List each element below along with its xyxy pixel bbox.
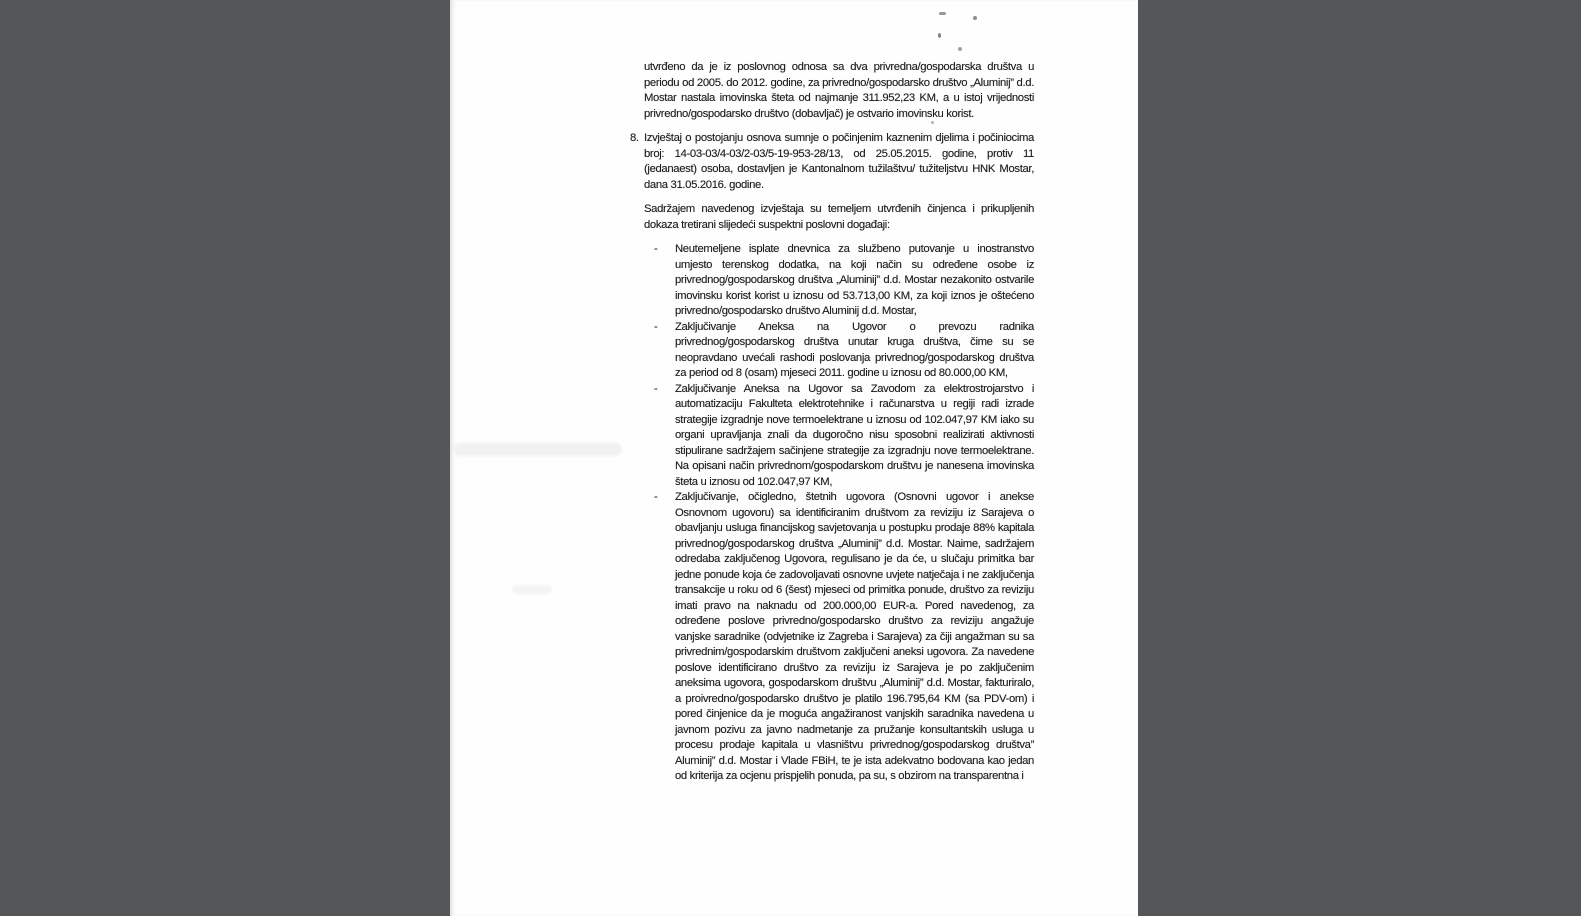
bullet-dash: - — [654, 320, 658, 336]
document-page[interactable]: utvrđeno da je iz poslovnog odnosa sa dv… — [450, 0, 1138, 916]
bullet-text: Zaključivanje Aneksa na Ugovor o prevozu… — [675, 321, 1034, 380]
intro-paragraph: utvrđeno da je iz poslovnog odnosa sa dv… — [644, 60, 1034, 122]
scan-speck — [958, 47, 962, 51]
list-item: - Zaključivanje Aneksa na Ugovor o prevo… — [644, 320, 1034, 382]
bullet-text: Zaključivanje, očigledno, štetnih ugovor… — [675, 491, 1034, 782]
scan-smudge — [454, 443, 622, 456]
document-body: utvrđeno da je iz poslovnog odnosa sa dv… — [630, 60, 1042, 785]
list-item: - Zaključivanje Aneksa na Ugovor sa Zavo… — [644, 382, 1034, 491]
bullet-text: Neutemeljene isplate dnevnica za služben… — [675, 243, 1034, 317]
document-viewer: utvrđeno da je iz poslovnog odnosa sa dv… — [0, 0, 1581, 916]
numbered-item-8: 8. Izvještaj o postojanju osnova sumnje … — [630, 131, 1042, 193]
scan-smudge — [512, 585, 552, 594]
list-item: - Neutemeljene isplate dnevnica za služb… — [644, 242, 1034, 320]
scan-speck — [938, 33, 941, 38]
bullet-dash: - — [654, 382, 658, 398]
list-item: - Zaključivanje, očigledno, štetnih ugov… — [644, 490, 1034, 785]
lead-paragraph: Sadržajem navedenog izvještaja su temelj… — [644, 202, 1034, 233]
bullet-list: - Neutemeljene isplate dnevnica za služb… — [644, 242, 1042, 785]
scan-speck — [939, 12, 946, 15]
bullet-text: Zaključivanje Aneksa na Ugovor sa Zavodo… — [675, 383, 1034, 488]
scan-speck — [973, 16, 977, 20]
item-number: 8. — [630, 131, 644, 193]
bullet-dash: - — [654, 242, 658, 258]
bullet-dash: - — [654, 490, 658, 506]
item-text: Izvještaj o postojanju osnova sumnje o p… — [644, 131, 1034, 193]
